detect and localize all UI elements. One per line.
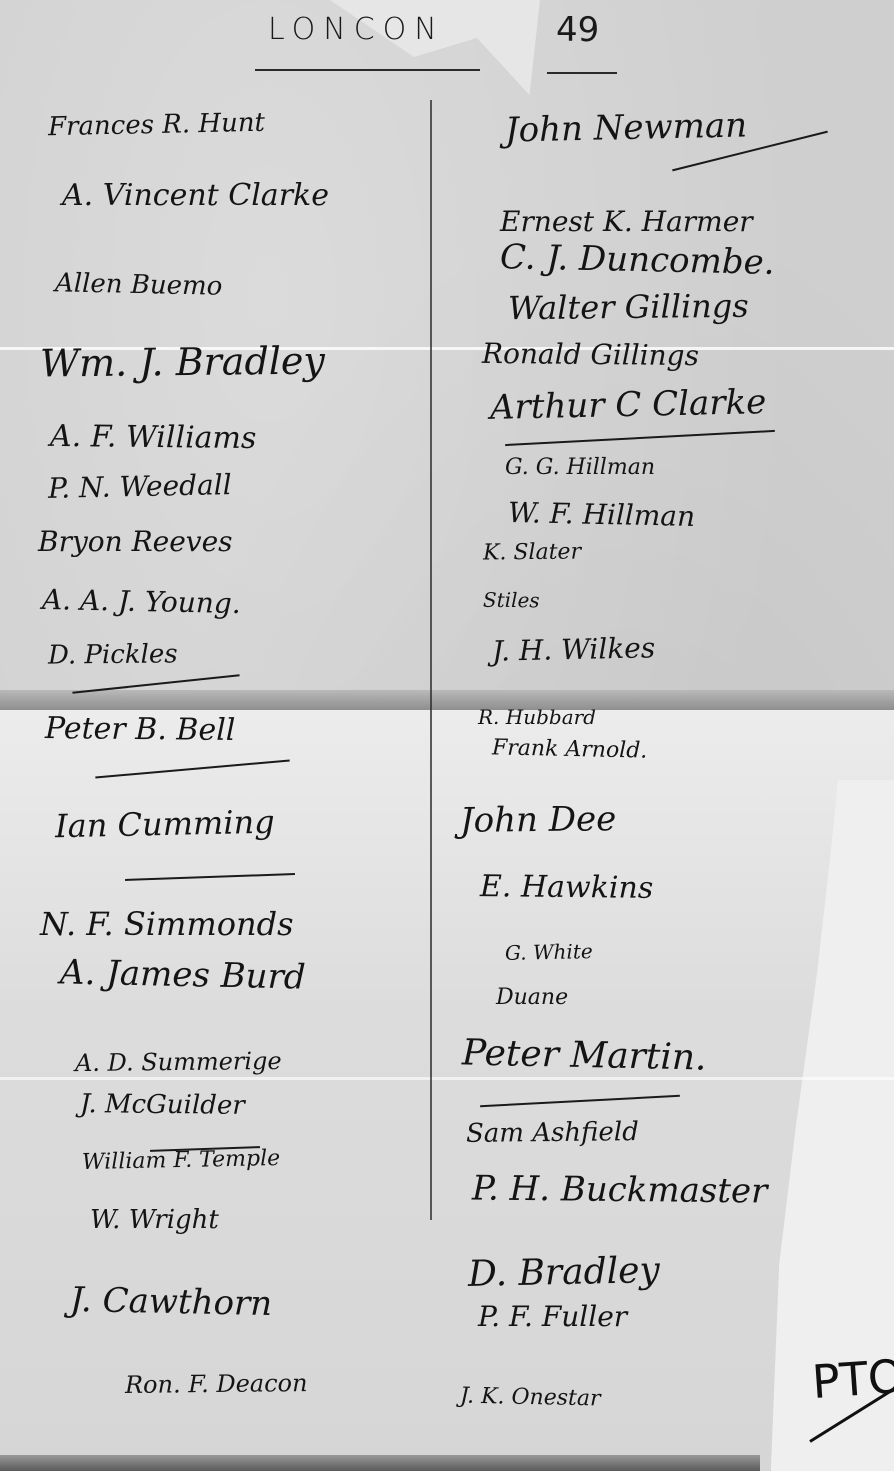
title-underline — [255, 69, 480, 71]
signature: P. F. Fuller — [478, 1300, 627, 1333]
signature: Allen Buemo — [55, 268, 223, 301]
signature: Sam Ashfield — [466, 1117, 639, 1149]
signature: A. F. Williams — [50, 419, 257, 456]
signature: P. N. Weedall — [48, 468, 232, 505]
signature: John Newman — [505, 105, 748, 150]
signature: Ronald Gillings — [482, 337, 699, 372]
margin-note-pto: PTO — [810, 1349, 894, 1409]
signature: Frances R. Hunt — [48, 108, 266, 143]
signature: A. D. Summerige — [75, 1047, 282, 1077]
signature: John Dee — [460, 799, 617, 841]
signature: D. Pickles — [48, 639, 178, 670]
signature: W. F. Hillman — [508, 496, 696, 533]
signature: P. H. Buckmaster — [472, 1168, 768, 1211]
signature: R. Hubbard — [478, 705, 596, 729]
signature: Bryon Reeves — [38, 525, 233, 558]
fold-shadow-band — [0, 690, 894, 710]
signature: Peter Martin. — [462, 1032, 707, 1078]
signature: N. F. Simmonds — [40, 905, 293, 943]
signature: Ron. F. Deacon — [125, 1369, 308, 1399]
signature: A. James Burd — [60, 952, 306, 997]
signature: G. G. Hillman — [505, 455, 655, 480]
signature: Wm. J. Bradley — [40, 339, 325, 386]
signature: Frank Arnold. — [492, 735, 648, 763]
signature: A. Vincent Clarke — [62, 178, 329, 213]
signature: Stiles — [483, 588, 540, 613]
document-year: 49 — [556, 10, 599, 50]
signature: G. White — [505, 939, 593, 965]
signature: Ernest K. Harmer — [500, 205, 753, 238]
signature: J. H. Wilkes — [492, 631, 656, 667]
signature: E. Hawkins — [480, 869, 654, 906]
column-divider — [430, 100, 432, 1220]
signature: J. Cawthorn — [70, 1280, 273, 1324]
signature: J. McGuilder — [80, 1089, 245, 1121]
signature: J. K. Onestar — [460, 1384, 601, 1412]
fold-crease-lower — [0, 1077, 894, 1080]
signature: Arthur C Clarke — [490, 382, 767, 428]
signature: W. Wright — [90, 1205, 219, 1235]
year-underline — [547, 72, 617, 74]
document-title: LONCON — [268, 12, 445, 47]
paper-bottom-edge — [0, 1455, 760, 1471]
signature-sheet: LONCON 49 Frances R. HuntA. Vincent Clar… — [0, 0, 894, 1471]
signature: K. Slater — [483, 539, 581, 565]
signature: Duane — [496, 985, 568, 1010]
signature: Peter B. Bell — [45, 711, 236, 748]
signature: Walter Gillings — [508, 287, 749, 328]
signature: Ian Cumming — [55, 803, 275, 846]
signature: C. J. Duncombe. — [500, 237, 775, 283]
underline-stroke — [505, 430, 775, 446]
signature: A. A. J. Young. — [42, 583, 241, 620]
signature: D. Bradley — [468, 1250, 661, 1295]
